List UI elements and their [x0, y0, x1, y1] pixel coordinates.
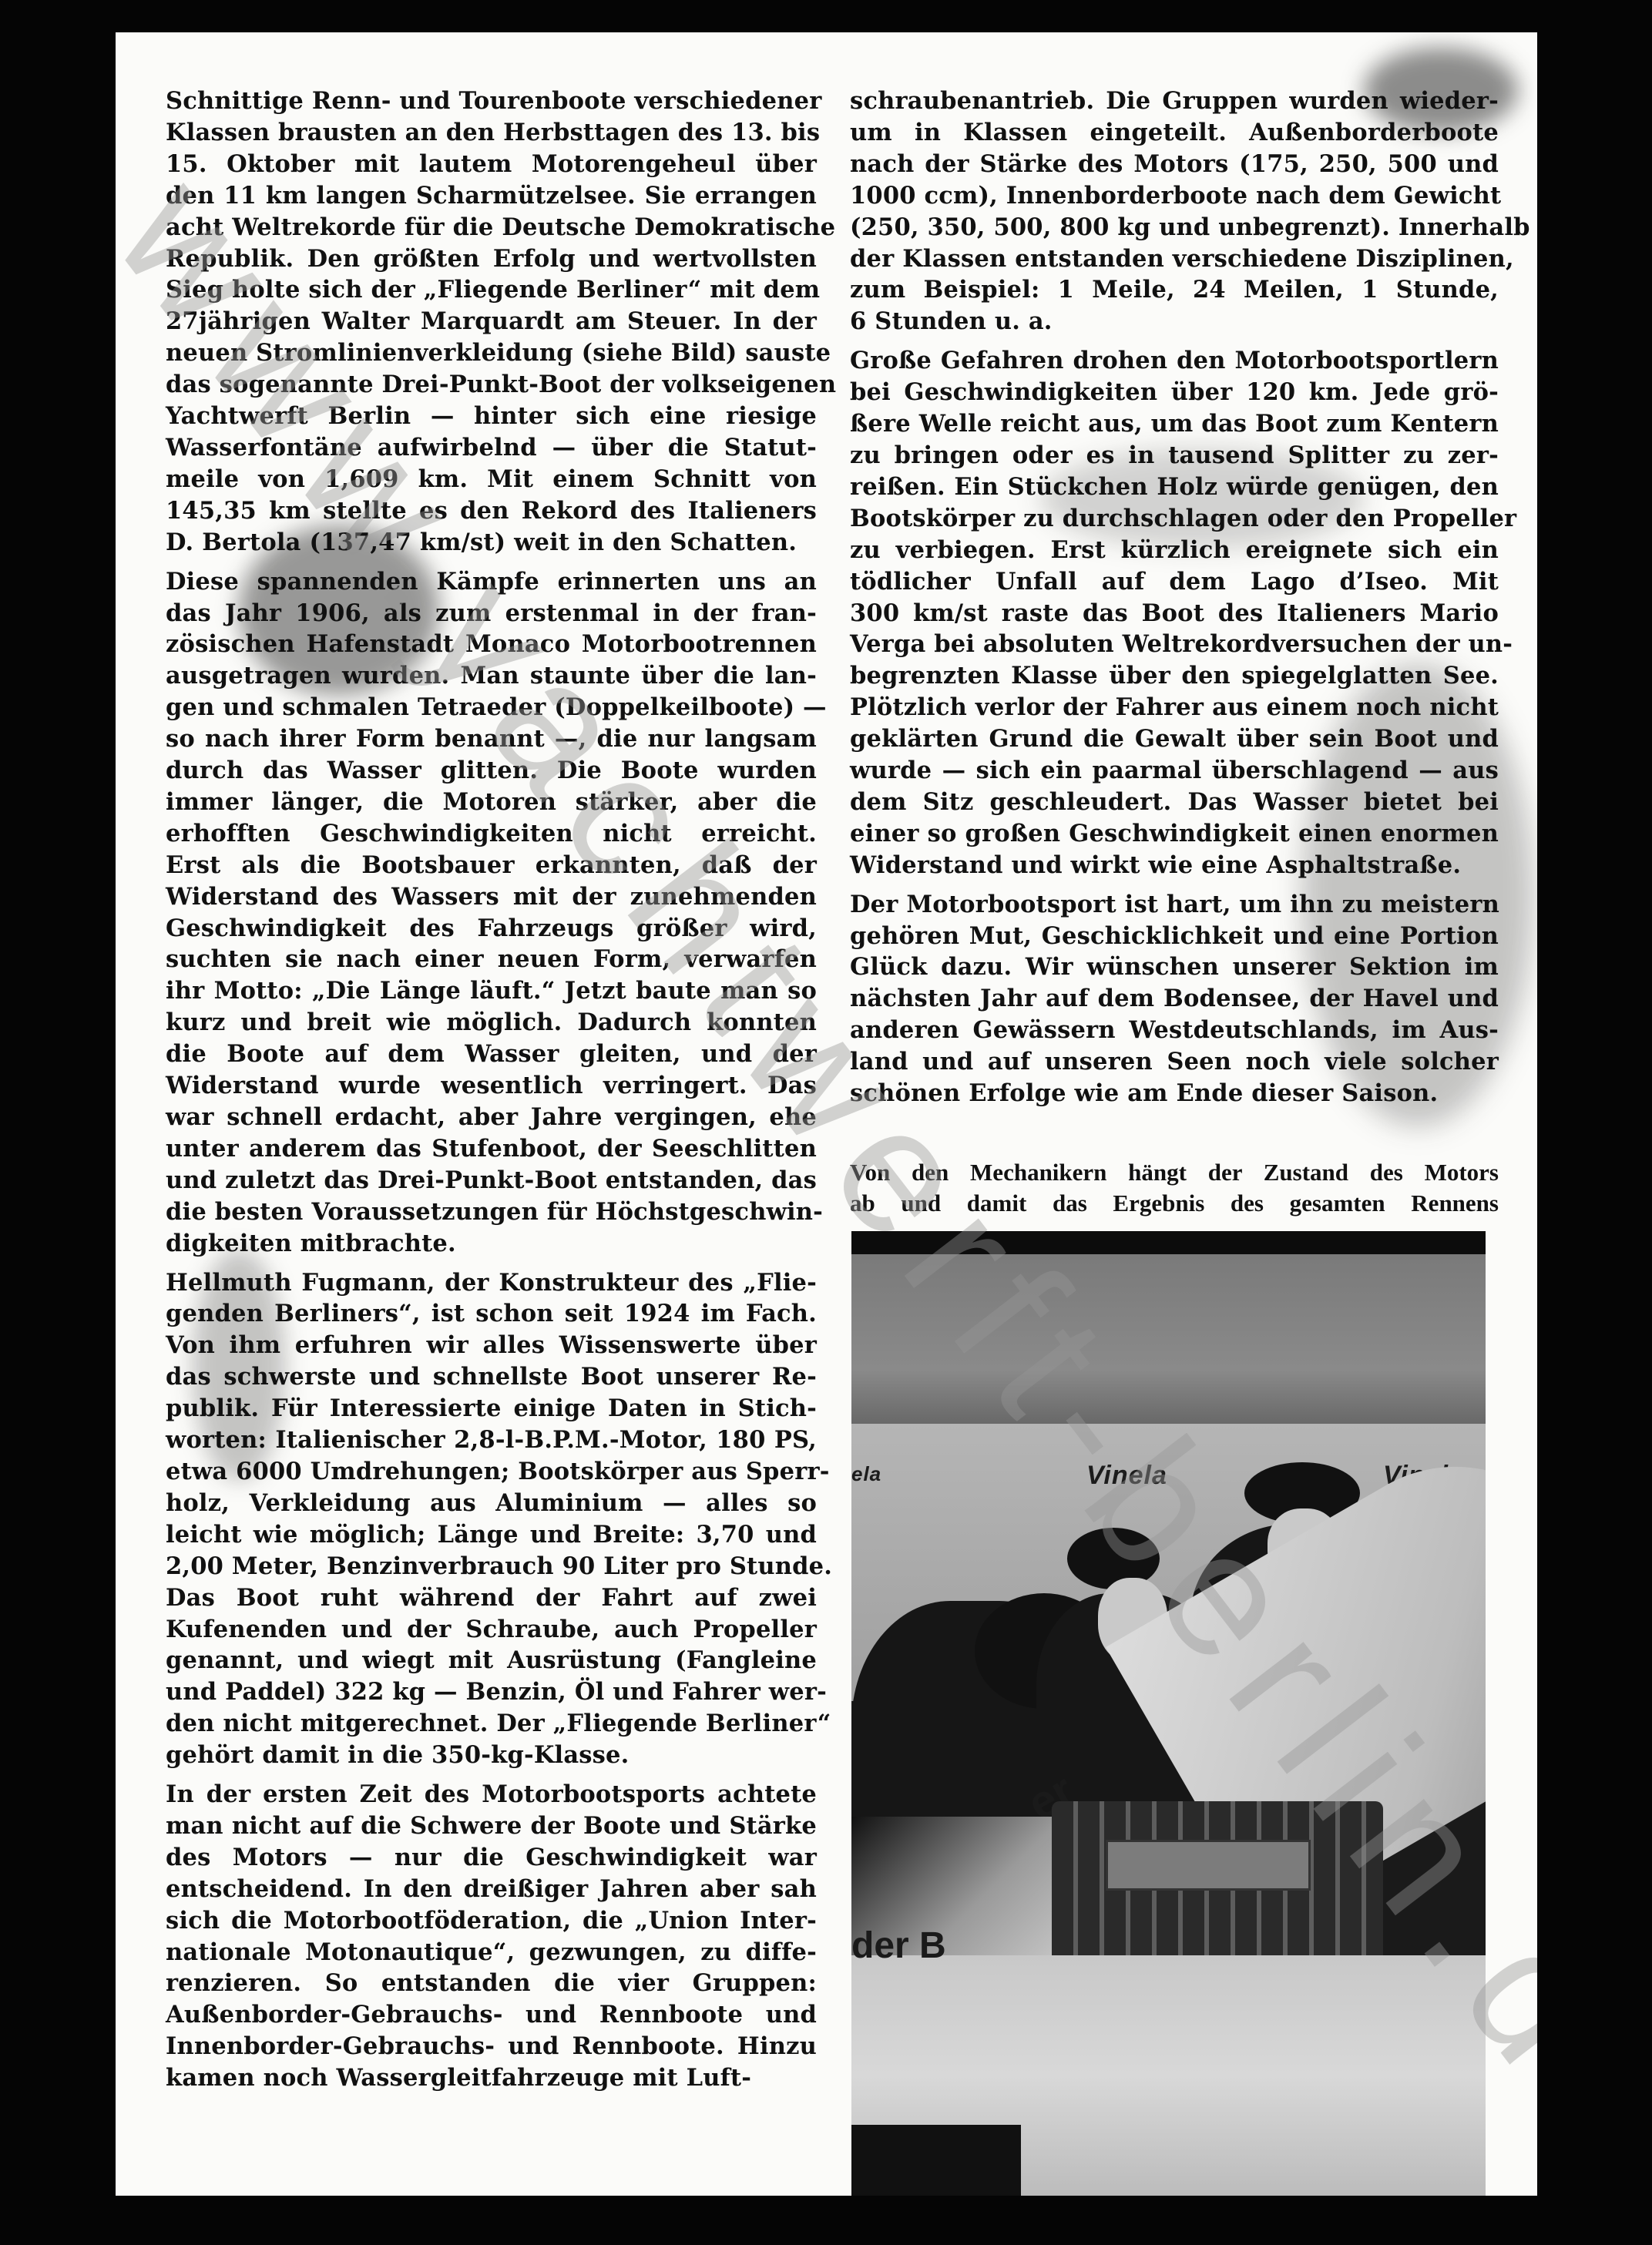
- engine-cover: [1106, 1840, 1311, 1891]
- text-line: Das Boot ruht während der Fahrt auf zwei: [166, 1582, 817, 1614]
- text-line: ßere Welle reicht aus, um das Boot zum K…: [850, 408, 1499, 440]
- text-line: und Paddel) 322 kg — Benzin, Öl und Fahr…: [166, 1676, 817, 1708]
- text-line: tödlicher Unfall auf dem Lago d’Iseo. Mi…: [850, 566, 1499, 598]
- text-line: des Motors — nur die Geschwindigkeit war: [166, 1842, 817, 1874]
- text-line: In der ersten Zeit des Motorbootsports a…: [166, 1779, 817, 1810]
- paragraph: In der ersten Zeit des Motorbootsports a…: [166, 1779, 817, 2094]
- photo-caption: Von den Mechanikern hängt der Zustand de…: [850, 1157, 1499, 1219]
- left-column: Schnittige Renn- und Tourenboote verschi…: [166, 86, 817, 2102]
- text-line: 27jährigen Walter Marquardt am Steuer. I…: [166, 306, 817, 337]
- text-line: etwa 6000 Umdrehungen; Bootskörper aus S…: [166, 1456, 817, 1488]
- text-line: 1000 ccm), Innenborderboote nach dem Gew…: [850, 180, 1499, 212]
- text-line: digkeiten mitbrachte.: [166, 1228, 817, 1260]
- text-line: neuen Stromlinienverkleidung (siehe Bild…: [166, 337, 817, 369]
- text-line: die besten Voraussetzungen für Höchstges…: [166, 1196, 817, 1228]
- text-line: 2,00 Meter, Benzinverbrauch 90 Liter pro…: [166, 1551, 817, 1582]
- paragraph: Hellmuth Fugmann, der Konstrukteur des „…: [166, 1267, 817, 1772]
- text-line: so nach ihrer Form benannt —, die nur la…: [166, 723, 817, 755]
- text-line: holz, Verkleidung aus Aluminium — alles …: [166, 1488, 817, 1519]
- text-line: zum Beispiel: 1 Meile, 24 Meilen, 1 Stun…: [850, 274, 1499, 306]
- paragraph: Große Gefahren drohen den Motorbootsport…: [850, 345, 1499, 881]
- text-line: man nicht auf die Schwere der Boote und …: [166, 1810, 817, 1842]
- text-line: Klassen brausten an den Herbsttagen des …: [166, 117, 817, 149]
- banner-text: ela: [851, 1462, 881, 1486]
- text-line: das Jahr 1906, als zum erstenmal in der …: [166, 598, 817, 629]
- caption-line: ab und damit das Ergebnis des gesamten R…: [850, 1188, 1499, 1219]
- text-line: entscheidend. In den dreißiger Jahren ab…: [166, 1874, 817, 1905]
- text-line: Der Motorbootsport ist hart, um ihn zu m…: [850, 889, 1499, 921]
- text-line: 15. Oktober mit lautem Motorengeheul übe…: [166, 149, 817, 180]
- text-line: Widerstand des Wassers mit der zunehmend…: [166, 881, 817, 913]
- text-line: kurz und breit wie möglich. Dadurch konn…: [166, 1007, 817, 1039]
- text-line: Erst als die Bootsbauer erkannten, daß d…: [166, 850, 817, 881]
- text-line: nächsten Jahr auf dem Bodensee, der Have…: [850, 983, 1499, 1015]
- scanned-page: Schnittige Renn- und Tourenboote verschi…: [116, 32, 1537, 2196]
- text-line: Geschwindigkeit des Fahrzeugs größer wir…: [166, 913, 817, 945]
- text-line: renzieren. So entstanden die vier Gruppe…: [166, 1968, 817, 1999]
- text-line: acht Weltrekorde für die Deutsche Demokr…: [166, 212, 817, 243]
- text-line: Von ihm erfuhren wir alles Wissenswerte …: [166, 1330, 817, 1361]
- photo-dark-corner: [851, 2125, 1021, 2196]
- text-line: war schnell erdacht, aber Jahre verginge…: [166, 1102, 817, 1133]
- text-line: Wasserfontäne aufwirbelnd — über die Sta…: [166, 432, 817, 464]
- photo-tarp: [851, 1254, 1486, 1447]
- text-line: suchten sie nach einer neuen Form, verwa…: [166, 944, 817, 975]
- text-line: zösischen Hafenstadt Monaco Motorbootren…: [166, 629, 817, 660]
- text-line: gen und schmalen Tetraeder (Doppelkeilbo…: [166, 692, 817, 723]
- text-line: schraubenantrieb. Die Gruppen wurden wie…: [850, 86, 1499, 117]
- text-line: begrenzten Klasse über den spiegelglatte…: [850, 660, 1499, 692]
- text-line: 6 Stunden u. a.: [850, 306, 1499, 337]
- text-line: Republik. Den größten Erfolg und wertvol…: [166, 243, 817, 275]
- text-line: Widerstand und wirkt wie eine Asphaltstr…: [850, 850, 1499, 881]
- text-line: das schwerste und schnellste Boot unsere…: [166, 1361, 817, 1393]
- text-line: dem Sitz geschleudert. Das Wasser bietet…: [850, 787, 1499, 818]
- text-line: zu bringen oder es in tausend Splitter z…: [850, 440, 1499, 471]
- text-line: (250, 350, 500, 800 kg und unbegrenzt). …: [850, 212, 1499, 243]
- text-line: gehört damit in die 350-kg-Klasse.: [166, 1740, 817, 1771]
- text-line: Glück dazu. Wir wünschen unserer Sektion…: [850, 951, 1499, 983]
- hull-lettering: der B: [851, 1925, 946, 1967]
- text-line: leicht wie möglich; Länge und Breite: 3,…: [166, 1519, 817, 1551]
- text-line: den 11 km langen Scharmützelsee. Sie err…: [166, 180, 817, 212]
- text-line: erhofften Geschwindigkeiten nicht erreic…: [166, 818, 817, 850]
- text-line: bei Geschwindigkeiten über 120 km. Jede …: [850, 377, 1499, 408]
- caption-line: Von den Mechanikern hängt der Zustand de…: [850, 1157, 1499, 1188]
- paragraph: schraubenantrieb. Die Gruppen wurden wie…: [850, 86, 1499, 337]
- text-line: kamen noch Wassergleitfahrzeuge mit Luft…: [166, 2062, 817, 2094]
- text-line: die Boote auf dem Wasser gleiten, und de…: [166, 1039, 817, 1070]
- text-line: Plötzlich verlor der Fahrer aus einem no…: [850, 692, 1499, 723]
- text-line: 300 km/st raste das Boot des Italieners …: [850, 598, 1499, 629]
- text-line: genden Berliners“, ist schon seit 1924 i…: [166, 1298, 817, 1330]
- text-line: einer so großen Geschwindigkeit einen en…: [850, 818, 1499, 850]
- text-line: land und auf unseren Seen noch viele sol…: [850, 1046, 1499, 1078]
- text-line: durch das Wasser glitten. Die Boote wurd…: [166, 755, 817, 787]
- paragraph: Diese spannenden Kämpfe erinnerten uns a…: [166, 566, 817, 1260]
- banner-text: Vinela: [1086, 1461, 1167, 1491]
- text-line: Widerstand wurde wesentlich verringert. …: [166, 1070, 817, 1102]
- text-line: Kufenenden und der Schraube, auch Propel…: [166, 1614, 817, 1646]
- text-line: Bootskörper zu durchschlagen oder den Pr…: [850, 503, 1499, 535]
- text-line: um in Klassen eingeteilt. Außenborderboo…: [850, 117, 1499, 149]
- text-line: anderen Gewässern Westdeutschlands, im A…: [850, 1015, 1499, 1046]
- text-line: worten: Italienischer 2,8-l-B.P.M.-Motor…: [166, 1425, 817, 1456]
- text-line: nationale Motonautique“, gezwungen, zu d…: [166, 1937, 817, 1968]
- text-line: ihr Motto: „Die Länge läuft.“ Jetzt baut…: [166, 975, 817, 1007]
- right-column: schraubenantrieb. Die Gruppen wurden wie…: [850, 86, 1499, 1117]
- text-line: 145,35 km stellte es den Rekord des Ital…: [166, 495, 817, 527]
- mechanics-photo: ela Vinela Vinela ela er der B: [851, 1231, 1486, 2196]
- text-line: geklärten Grund die Gewalt über sein Boo…: [850, 723, 1499, 755]
- text-line: wurde — sich ein paarmal überschlagend —…: [850, 755, 1499, 787]
- text-line: ausgetragen wurden. Man staunte über die…: [166, 660, 817, 692]
- text-line: gehören Mut, Geschicklichkeit und eine P…: [850, 921, 1499, 952]
- text-line: das sogenannte Drei-Punkt-Boot der volks…: [166, 369, 817, 401]
- text-line: meile von 1,609 km. Mit einem Schnitt vo…: [166, 464, 817, 495]
- text-line: Hellmuth Fugmann, der Konstrukteur des „…: [166, 1267, 817, 1299]
- text-line: schönen Erfolge wie am Ende dieser Saiso…: [850, 1078, 1499, 1109]
- text-line: sich die Motorbootföderation, die „Union…: [166, 1905, 817, 1937]
- text-line: Yachtwerft Berlin — hinter sich eine rie…: [166, 401, 817, 432]
- text-line: zu verbiegen. Erst kürzlich ereignete si…: [850, 535, 1499, 566]
- text-line: nach der Stärke des Motors (175, 250, 50…: [850, 149, 1499, 180]
- text-line: unter anderem das Stufenboot, der Seesch…: [166, 1133, 817, 1165]
- text-line: publik. Für Interessierte einige Daten i…: [166, 1393, 817, 1425]
- text-line: Schnittige Renn- und Tourenboote verschi…: [166, 86, 817, 117]
- text-line: und zuletzt das Drei-Punkt-Boot entstand…: [166, 1165, 817, 1196]
- text-line: den nicht mitgerechnet. Der „Fliegende B…: [166, 1708, 817, 1740]
- paragraph: Schnittige Renn- und Tourenboote verschi…: [166, 86, 817, 559]
- text-line: Verga bei absoluten Weltrekordversuchen …: [850, 629, 1499, 660]
- text-line: Sieg holte sich der „Fliegende Berliner“…: [166, 274, 817, 306]
- text-line: D. Bertola (137,47 km/st) weit in den Sc…: [166, 527, 817, 559]
- text-line: reißen. Ein Stückchen Holz würde genügen…: [850, 471, 1499, 503]
- text-line: immer länger, die Motoren stärker, aber …: [166, 787, 817, 818]
- text-line: Außenborder-Gebrauchs- und Rennboote und: [166, 1999, 817, 2031]
- text-line: der Klassen entstanden verschiedene Disz…: [850, 243, 1499, 275]
- text-line: genannt, und wiegt mit Ausrüstung (Fangl…: [166, 1645, 817, 1676]
- text-line: Innenborder-Gebrauchs- und Rennboote. Hi…: [166, 2031, 817, 2062]
- paragraph: Der Motorbootsport ist hart, um ihn zu m…: [850, 889, 1499, 1109]
- text-line: Große Gefahren drohen den Motorbootsport…: [850, 345, 1499, 377]
- text-line: Diese spannenden Kämpfe erinnerten uns a…: [166, 566, 817, 598]
